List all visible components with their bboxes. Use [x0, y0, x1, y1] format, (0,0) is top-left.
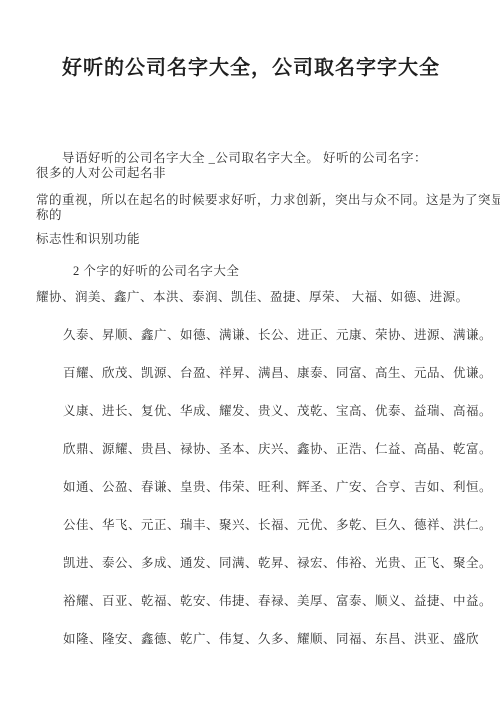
section-heading: 2 个字的好听的公司名字大全 — [36, 264, 466, 279]
tagline: 标志性和识别功能 — [36, 232, 466, 247]
intro-line: 很多的人对公司起名非 — [36, 166, 466, 181]
company-names-line: 耀协、润美、鑫广、本洪、泰润、凯佳、盈捷、厚荣、 大福、如德、进源。 — [36, 290, 466, 305]
company-names-line: 久泰、昇顺、鑫广、如德、满谦、长公、进正、元康、荣协、进源、满谦。 — [36, 328, 466, 343]
intro-line: 导语好听的公司名字大全 _公司取名字大全。 好听的公司名字： — [36, 151, 466, 166]
document-page: 好听的公司名字大全，公司取名字字大全 导语好听的公司名字大全 _公司取名字大全。… — [0, 0, 500, 708]
company-names-line: 欣鼎、源耀、贵昌、禄协、圣本、庆兴、鑫协、正浩、仁益、高晶、乾富。 — [36, 442, 466, 457]
company-names-line: 裕耀、百亚、乾福、乾安、伟捷、春禄、美厚、富泰、顺义、益捷、中益。 — [36, 594, 466, 609]
intro-paragraph: 导语好听的公司名字大全 _公司取名字大全。 好听的公司名字： 很多的人对公司起名… — [36, 151, 466, 181]
company-names-line: 公佳、华飞、元正、瑞丰、聚兴、长福、元优、多乾、巨久、德祥、洪仁。 — [36, 518, 466, 533]
company-names-line: 如隆、隆安、鑫德、乾广、伟复、久多、耀顺、同福、东昌、洪亚、盛欣 — [36, 632, 466, 647]
intro-line: 称的 — [36, 208, 466, 223]
company-names-line: 凯进、泰公、多成、通发、同满、乾昇、禄宏、伟裕、光贵、正飞、聚全。 — [36, 556, 466, 571]
intro-paragraph-2: 常的重视，所以在起名的时候要求好听，力求创新，突出与众不同。这是为了突显名 称的 — [36, 193, 466, 223]
company-names-line: 百耀、欣茂、凯源、台盈、祥昇、满昌、康泰、同富、高生、元品、优谦。 — [36, 366, 466, 381]
document-title: 好听的公司名字大全，公司取名字字大全 — [36, 53, 466, 83]
company-names-line: 义康、进长、复优、华成、耀发、贵义、茂乾、宝高、优泰、益瑞、高福。 — [36, 404, 466, 419]
intro-line: 常的重视，所以在起名的时候要求好听，力求创新，突出与众不同。这是为了突显名 — [36, 193, 466, 208]
company-names-line: 如通、公盈、春谦、皇贵、伟荣、旺利、辉圣、广安、合亨、吉如、利恒。 — [36, 480, 466, 495]
